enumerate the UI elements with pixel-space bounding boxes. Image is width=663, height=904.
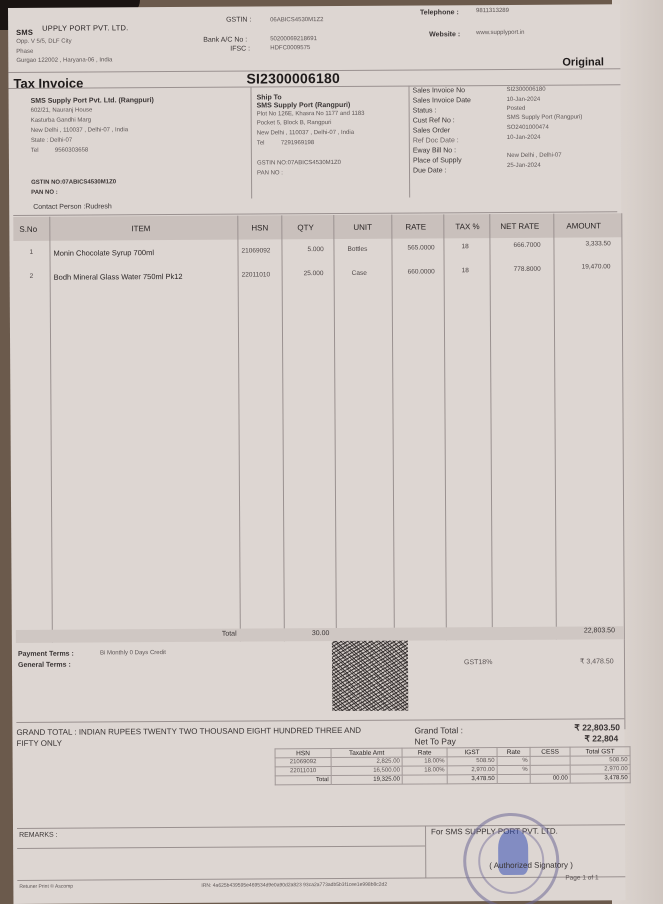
row-rate: 565.0000 xyxy=(407,244,434,251)
row-qty: 5.000 xyxy=(307,246,323,253)
bill-from-pan: PAN NO : xyxy=(31,190,58,196)
amount-in-words-cont: FIFTY ONLY xyxy=(16,739,62,748)
divider xyxy=(333,215,337,641)
col-unit: UNIT xyxy=(353,223,372,232)
ship-to-heading: Ship To xyxy=(257,94,282,101)
ship-to-address-3: New Delhi , 110037 , Delhi-07 , India xyxy=(257,130,354,137)
row-sno: 2 xyxy=(30,273,34,280)
gst-cell: 18.00% xyxy=(402,766,447,775)
meta-value: New Delhi , Delhi-07 xyxy=(507,153,562,159)
row-sno: 1 xyxy=(29,249,33,256)
row-tax: 18 xyxy=(461,243,468,250)
gst-cell xyxy=(497,774,530,783)
website-label: Website : xyxy=(429,31,460,38)
total-amount: 22,803.50 xyxy=(584,627,615,634)
telephone-value: 9811313289 xyxy=(476,8,509,14)
bill-from-state: State : Delhi-07 xyxy=(31,138,72,144)
meta-label: Due Date : xyxy=(413,167,447,174)
items-total-row: Total 30.00 22,803.50 xyxy=(16,626,624,643)
gst-col-taxable: Taxable Amt xyxy=(331,748,402,757)
divider xyxy=(237,216,241,642)
bank-account-value: 50200069218691 xyxy=(270,36,317,42)
gst-cell: 22011010 xyxy=(275,767,331,776)
meta-label: Cust Ref No : xyxy=(413,117,455,124)
divider xyxy=(408,86,410,198)
gst-cell xyxy=(530,756,570,765)
gst-cell: 2,970.00 xyxy=(570,765,630,774)
company-address-line-3: Gurgao 122002 , Haryana-06 , India xyxy=(16,57,112,64)
gst-summary-value: ₹ 3,478.50 xyxy=(580,657,614,665)
meta-value: SMS Supply Port (Rangpuri) xyxy=(507,114,583,120)
col-rate: RATE xyxy=(405,222,426,231)
tax-invoice-page: SMS UPPLY PORT PVT. LTD. Opp. V 5/5, DLF… xyxy=(8,4,625,904)
gst-cell: 2,970.00 xyxy=(447,766,497,775)
irn-number: IRN: 4a625b439595e469534d9e0a90d2a823 93… xyxy=(201,882,387,889)
printed-by: Retuner Print © Ascomp xyxy=(19,884,73,890)
col-hsn: HSN xyxy=(251,223,268,232)
row-item: Bodh Mineral Glass Water 750ml Pk12 xyxy=(54,272,183,282)
divider xyxy=(16,718,624,723)
ship-to-tel-label: Tel xyxy=(257,140,265,146)
gst-breakup-table: HSN Taxable Amt Rate IGST Rate CESS Tota… xyxy=(275,746,631,785)
divider xyxy=(49,217,53,643)
row-rate: 660.0000 xyxy=(408,268,435,275)
col-net-rate: NET RATE xyxy=(500,222,539,231)
gst-cell: 3,478.50 xyxy=(447,775,497,784)
e-invoice-qr-code xyxy=(332,641,408,711)
bill-from-gstin: GSTIN NO:07ABICS4530M1Z0 xyxy=(31,179,116,186)
payment-terms-label: Payment Terms : xyxy=(18,651,74,658)
row-tax: 18 xyxy=(462,267,469,274)
ifsc-value: HDFC0009575 xyxy=(270,45,310,51)
page-number: Page 1 of 1 xyxy=(565,874,598,881)
bill-from-tel-label: Tel xyxy=(31,148,39,154)
col-item: ITEM xyxy=(131,224,150,233)
ship-to-gstin: GSTIN NO:07ABICS4530M1Z0 xyxy=(257,160,341,167)
meta-label: Status : xyxy=(413,107,437,114)
divider xyxy=(391,215,395,641)
meta-label: Eway Bill No : xyxy=(413,147,456,154)
ifsc-label: IFSC : xyxy=(230,46,250,53)
divider xyxy=(443,214,447,640)
gst-cell: 00.00 xyxy=(530,774,570,783)
company-name-fragment: SMS xyxy=(16,28,33,37)
gst-cell: % xyxy=(497,765,530,774)
telephone-label: Telephone : xyxy=(420,9,459,16)
gst-col-igst: IGST xyxy=(447,748,497,757)
col-qty: QTY xyxy=(297,223,314,232)
gstin-label: GSTIN : xyxy=(226,17,251,24)
meta-label: Ref Doc Date : xyxy=(413,137,459,144)
company-address-line-1: Opp. V 5/5, DLF City xyxy=(16,39,71,45)
meta-value: 25-Jan-2024 xyxy=(507,163,541,169)
row-net-rate: 666.7000 xyxy=(513,242,540,249)
row-hsn: 22011010 xyxy=(242,271,270,278)
total-label: Total xyxy=(222,631,237,638)
ship-to-address-1: Plot No 126E, Khasra No 1177 and 1183 xyxy=(257,111,365,118)
meta-value: SO2401000474 xyxy=(507,125,549,131)
row-unit: Case xyxy=(352,270,367,277)
meta-label: Sales Invoice Date xyxy=(413,97,471,104)
divider xyxy=(489,214,493,640)
company-name: UPPLY PORT PVT. LTD. xyxy=(42,23,128,33)
col-tax: TAX % xyxy=(455,222,479,231)
row-qty: 25.000 xyxy=(304,270,324,277)
contact-person: Contact Person :Rudresh xyxy=(33,203,112,210)
gst-cell: 3,478.50 xyxy=(570,774,630,783)
meta-value: Posted xyxy=(507,106,526,112)
meta-label: Sales Order xyxy=(413,127,450,134)
ship-to-tel: 7291969198 xyxy=(281,140,314,146)
meta-value: 10-Jan-2024 xyxy=(507,135,541,141)
net-to-pay-label: Net To Pay xyxy=(414,736,455,746)
meta-label: Place of Supply xyxy=(413,157,462,164)
net-to-pay-value: ₹ 22,804 xyxy=(584,733,618,744)
ship-to-pan: PAN NO : xyxy=(257,170,283,176)
invoice-number: SI2300006180 xyxy=(246,70,340,87)
general-terms-label: General Terms : xyxy=(18,662,71,669)
bill-from-address-1: 602/21, Nauranj House xyxy=(31,107,93,113)
row-amount: 19,470.00 xyxy=(582,263,611,270)
bill-from-name: SMS Supply Port Pvt. Ltd. (Rangpuri) xyxy=(31,97,154,105)
grand-total-label: Grand Total : xyxy=(414,725,463,735)
amount-in-words: GRAND TOTAL : INDIAN RUPEES TWENTY TWO T… xyxy=(16,726,361,737)
gst-cell: 508.50 xyxy=(570,756,630,765)
gst-total-row: Total 19,325.00 3,478.50 00.00 3,478.50 xyxy=(275,774,630,785)
gst-cell: 19,325.00 xyxy=(331,775,402,784)
gst-cell xyxy=(402,775,447,784)
items-table-header: S.No ITEM HSN QTY UNIT RATE TAX % NET RA… xyxy=(13,213,621,241)
divider xyxy=(553,214,557,640)
row-hsn: 21069092 xyxy=(241,247,270,254)
ship-to-name: SMS Supply Port (Rangpuri) xyxy=(257,102,351,110)
divider xyxy=(425,825,426,877)
authorized-signatory: ( Authorized Signatory ) xyxy=(489,861,573,871)
ship-to-address-2: Pocket 5, Block B, Rangpuri xyxy=(257,120,332,126)
row-amount: 3,333.50 xyxy=(585,240,610,247)
row-net-rate: 778.8000 xyxy=(514,266,541,273)
gst-col-rate-2: Rate xyxy=(497,747,530,756)
total-qty: 30.00 xyxy=(312,630,330,637)
bill-from-address-3: New Delhi , 110037 , Delhi-07 , India xyxy=(31,127,128,134)
gst-cell: 16,500.00 xyxy=(331,766,402,775)
meta-value: 10-Jan-2024 xyxy=(507,97,541,103)
gst-col-hsn: HSN xyxy=(275,749,331,758)
row-unit: Bottles xyxy=(347,246,367,253)
payment-terms-value: Bi Monthly 0 Days Credit xyxy=(100,650,166,656)
divider xyxy=(281,215,285,641)
bank-account-label: Bank A/C No : xyxy=(203,37,247,44)
divider xyxy=(250,87,252,199)
meta-label: Sales Invoice No xyxy=(412,87,465,94)
bill-from-tel: 9560303658 xyxy=(55,148,88,154)
gst-cell: 18.00% xyxy=(402,757,447,766)
gst-summary-label: GST18% xyxy=(464,659,492,666)
gst-col-cess: CESS xyxy=(530,747,570,756)
meta-value: SI2300006180 xyxy=(506,87,545,93)
remarks-label: REMARKS : xyxy=(19,832,58,839)
divider xyxy=(17,845,425,848)
company-address-line-2: Phase xyxy=(16,49,33,55)
copy-type-badge: Original xyxy=(562,56,604,68)
website-link[interactable]: www.supplyport.in xyxy=(476,30,524,36)
row-item: Monin Chocolate Syrup 700ml xyxy=(53,248,154,258)
gst-cell: 508.50 xyxy=(447,757,497,766)
grand-total-value: ₹ 22,803.50 xyxy=(574,722,620,733)
gstin-value: 06ABICS4530M1Z2 xyxy=(270,17,323,23)
gst-cell: 21069092 xyxy=(275,758,331,767)
gst-cell xyxy=(530,765,570,774)
col-amount: AMOUNT xyxy=(566,221,601,230)
gst-cell: % xyxy=(497,756,530,765)
bill-from-address-2: Kasturba Gandhi Marg xyxy=(31,117,91,123)
gst-col-rate: Rate xyxy=(402,748,447,757)
col-sno: S.No xyxy=(19,225,37,234)
gst-cell: Total xyxy=(275,776,331,785)
gst-col-total: Total GST xyxy=(570,747,630,756)
gst-cell: 2,825.00 xyxy=(331,757,402,766)
